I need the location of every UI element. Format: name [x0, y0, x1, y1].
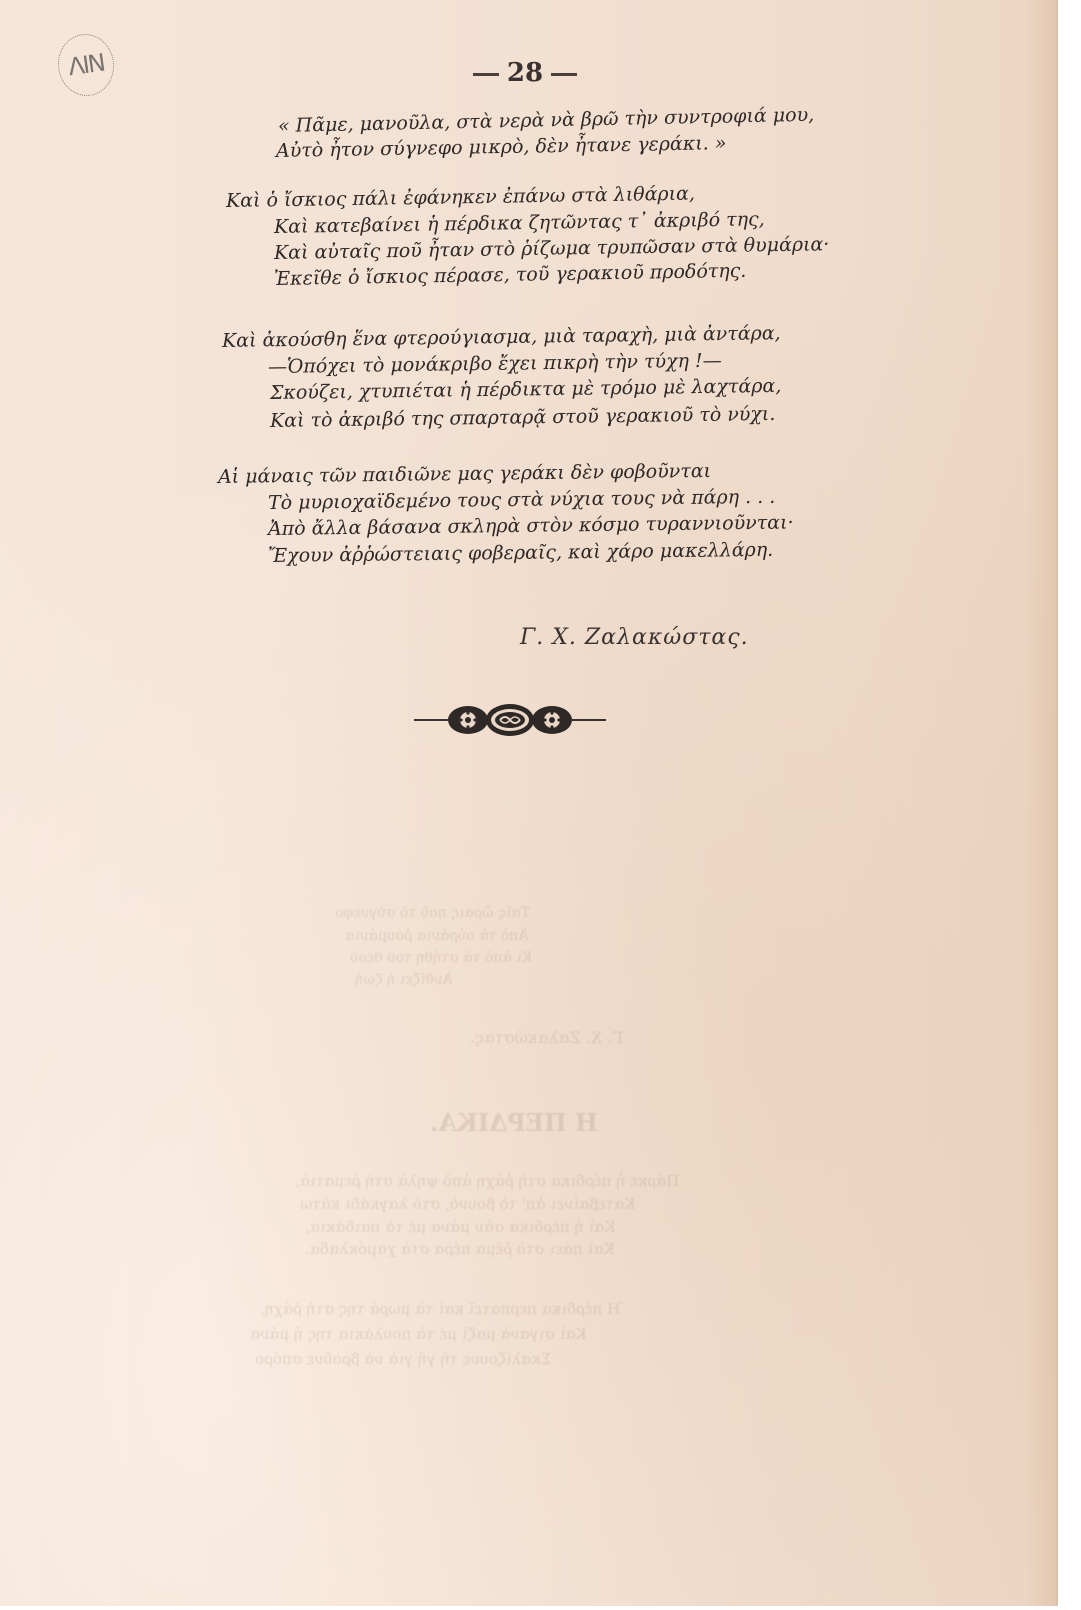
page-number-dash-left: [473, 73, 499, 76]
poem-line: —Ὁπόχει τὸ μονάκριβο ἔχει πικρὴ τὴν τύχη…: [268, 350, 722, 378]
document-page: Ταῖς ὥραις ποῦ τὸ σύγνεφο Ἀπὸ τὰ οὐράνια…: [0, 0, 1058, 1606]
poem-line: Αἱ μάναις τῶν παιδιῶνε μας γεράκι δὲν φο…: [218, 460, 711, 488]
bleed-through-line: Ταῖς ὥραις ποῦ τὸ σύγνεφο: [335, 905, 530, 921]
poem-line: Ἔχουν ἀῤῥώστειαις φοβεραῖς, καὶ χάρο μακ…: [268, 539, 773, 567]
bleed-through-line: Ἡ πέρδικα περπατεῖ καὶ τὰ μωρά της στὴ ῥ…: [260, 1300, 622, 1318]
bleed-through-line: Ἀπὸ τὰ οὐράνια ῥουμάνια: [345, 928, 529, 944]
poem-line: Αὐτὸ ἦτον σύγνεφο μικρὸ, δὲν ἦτανε γεράκ…: [276, 132, 727, 162]
ornament-icon: [410, 700, 610, 740]
bleed-through-line: Καὶ πάει στὸ ῥέμα πέρα στὰ χαμόκλαδα.: [305, 1240, 615, 1258]
page-number: 28: [460, 58, 590, 88]
bleed-through-line: Η ΠΕΡΔΙΚΑ.: [430, 1108, 598, 1137]
poem-line: Καὶ ὁ ἴσκιος πάλι ἐφάνηκεν ἐπάνω στὰ λιθ…: [226, 183, 695, 212]
poem-line: Ἀπὸ ἄλλα βάσανα σκληρὰ στὸν κόσμο τυρανν…: [268, 512, 794, 540]
bleed-through-line: Καὶ ἡ πέρδικα σὰν μάνα μὲ τὰ παιδάκια,: [305, 1218, 615, 1236]
bleed-through-line: Κι ἀπὸ τὰ στήθη τοῦ θεοῦ: [350, 950, 532, 966]
bleed-through-line: Πάρκε ἡ πέρδικα στὴ ῥάχη ἀπὸ ψηλὰ στὴ ῥε…: [295, 1172, 679, 1190]
pencil-margin-note: ΛΙΝ: [54, 30, 118, 99]
poem-line: Καὶ ἀκούσθη ἕνα φτερούγιασμα, μιὰ ταραχὴ…: [222, 322, 781, 352]
bleed-through-line: Σκαλίζουνε τὴ γῆ γιὰ νὰ βροῦνε σπόρο: [255, 1350, 551, 1368]
poem-line: Σκούζει, χτυπιέται ἡ πέρδικτα μὲ τρόμο μ…: [270, 375, 782, 404]
page-number-value: 28: [507, 58, 543, 88]
poem-line: « Πᾶμε, μανοῦλα, στὰ νερὰ νὰ βρῶ τὴν συν…: [278, 104, 815, 137]
bleed-through-line: Γ. Χ. Ζαλακώστας.: [470, 1028, 623, 1047]
ornament-divider: [410, 700, 610, 740]
page-number-dash-right: [551, 73, 577, 76]
poem-line: Ἐκεῖθε ὁ ἴσκιος πέρασε, τοῦ γερακιοῦ προ…: [274, 260, 747, 290]
poem-line: Καὶ κατεβαίνει ἡ πέρδικα ζητῶντας τ᾽ ἀκρ…: [274, 208, 765, 238]
bleed-through-line: Κατεβαίνει ἀπ' τὸ βουνὸ, στὸ λαγκάδι κάτ…: [300, 1195, 635, 1213]
bleed-through-line: Καὶ σιγανὰ μαζὶ μὲ τὰ πουλάκια της ἡ μάν…: [250, 1325, 587, 1343]
page-edge-shadow: [1026, 0, 1056, 1606]
poem-line: Τὸ μυριοχαϊδεμένο τους στὰ νύχια τους νὰ…: [268, 486, 776, 514]
poem-line: Καὶ τὸ ἀκριβό της σπαρταρᾷ στοῦ γερακιοῦ…: [270, 403, 776, 432]
poem-signature: Γ. Χ. Ζαλακώστας.: [520, 625, 749, 650]
bleed-through-line: Ἀνθίζει ἡ ζωὴ: [355, 972, 453, 988]
